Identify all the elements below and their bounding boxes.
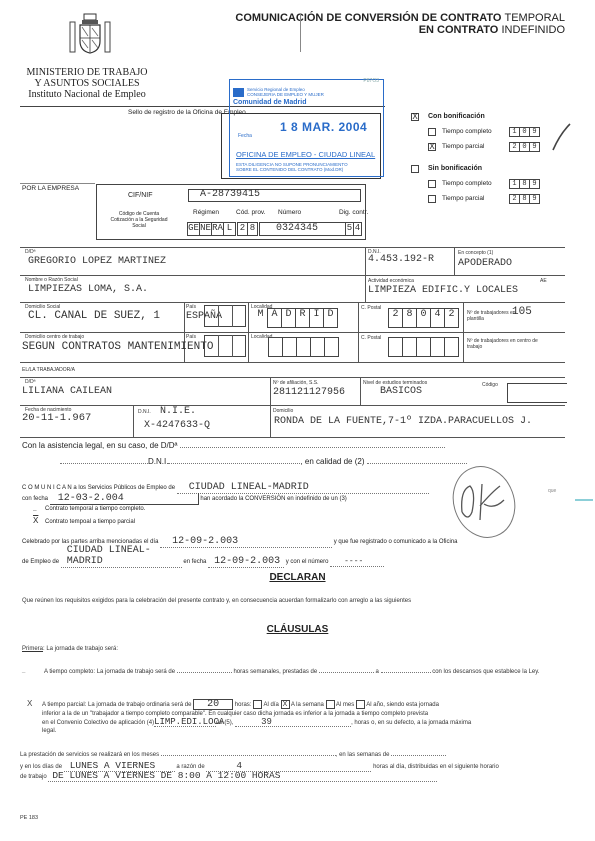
stamp-date: 1 8 MAR. 2004 xyxy=(280,120,367,134)
ministry-line2: Y ASUNTOS SOCIALES xyxy=(22,78,152,89)
ministry-block: MINISTERIO DE TRABAJO Y ASUNTOS SOCIALES… xyxy=(22,67,152,100)
clausulas-heading: CLÁUSULAS xyxy=(0,624,595,635)
coat-of-arms-icon xyxy=(68,12,112,58)
declaran-text: Que reúnen los requisitos exigidos para … xyxy=(22,598,582,604)
declaran-heading: DECLARAN xyxy=(0,572,595,583)
cod-prov-field[interactable]: 28 xyxy=(238,222,258,236)
actividad-field[interactable]: LIMPIEZA EDIFIC.Y LOCALES xyxy=(368,285,518,296)
dig-contr-field[interactable]: 54 xyxy=(346,222,362,236)
horario-field[interactable]: DE LUNES A VIERNES DE 8:00 A 12:00 HORAS xyxy=(48,770,437,782)
horas-parciales-field[interactable]: 20 xyxy=(193,699,233,710)
tiempo-completo-option[interactable]: _ xyxy=(33,505,45,512)
fecha-comunicacion-field[interactable]: 12-03-2.004 xyxy=(50,493,199,505)
afiliacion-field[interactable]: 281121127956 xyxy=(273,387,345,398)
domicilio-centro-field[interactable]: SEGUN CONTRATOS MANTENIMIENTO xyxy=(22,341,213,353)
ministry-line1: MINISTERIO DE TRABAJO xyxy=(22,67,152,78)
trabajador-domicilio-field[interactable]: RONDA DE LA FUENTE,7-1º IZDA.PARACUELLOS… xyxy=(274,416,532,427)
centro-codigo-postal-field[interactable] xyxy=(389,337,459,357)
registry-stamp: P87O3 Servicio Regional de Empleo CONSEJ… xyxy=(229,79,384,177)
estudios-field[interactable]: BASICOS xyxy=(380,386,422,397)
con-tiempo-parcial-checkbox[interactable]: X xyxy=(428,143,436,151)
nie-field[interactable]: X-4247633-Q xyxy=(144,420,210,431)
regimen-field[interactable]: GENERAL xyxy=(188,222,236,236)
domicilio-social-field[interactable]: CL. CANAL DE SUEZ, 1 xyxy=(28,310,160,322)
form-code: PE 183 xyxy=(20,815,38,821)
fecha-nacimiento-field[interactable]: 20-11-1.967 xyxy=(22,412,91,424)
al-ano-checkbox[interactable] xyxy=(356,700,365,709)
sin-tiempo-parcial-checkbox[interactable] xyxy=(428,195,436,203)
empresa-section-label: POR LA EMPRESA xyxy=(22,185,79,192)
fecha-registro-field[interactable]: 12-09-2.003 xyxy=(208,556,284,568)
numero-field[interactable]: 0324345 xyxy=(276,223,318,234)
convenio-horas-field[interactable]: 39 xyxy=(235,718,351,727)
check-mark-icon xyxy=(550,122,572,152)
con-bonificacion-checkbox[interactable]: X xyxy=(411,113,419,121)
oficina-empleo-field[interactable]: CIUDAD LINEAL-MADRID xyxy=(61,545,182,568)
numero-registro-field[interactable]: ---- xyxy=(330,557,384,567)
code-209: 209 xyxy=(510,142,540,152)
convenio-field[interactable]: LIMP.EDI.LOCA xyxy=(154,718,216,727)
trabajador-name-field[interactable]: LILIANA CAILEAN xyxy=(22,386,112,397)
a-la-semana-checkbox[interactable]: X xyxy=(281,700,290,709)
code-289: 289 xyxy=(510,194,540,204)
representante-name-field[interactable]: GREGORIO LOPEZ MARTINEZ xyxy=(28,256,166,267)
trabajadores-plantilla-field[interactable]: 105 xyxy=(512,306,532,318)
al-dia-checkbox[interactable] xyxy=(253,700,262,709)
con-tiempo-completo-checkbox[interactable] xyxy=(428,128,436,136)
cif-field[interactable]: A-28739415 xyxy=(200,189,260,200)
codigo-postal-field[interactable]: 28042 xyxy=(389,308,459,328)
centro-localidad-field[interactable] xyxy=(269,337,339,357)
code-189: 189 xyxy=(510,179,540,189)
tiempo-completo-mark[interactable]: _ xyxy=(22,667,25,673)
sin-bonificacion-checkbox[interactable] xyxy=(411,165,419,173)
madrid-logo-icon xyxy=(233,88,244,97)
trabajador-section-label: EL/LA TRABAJADOR/A xyxy=(22,367,75,373)
tiempo-parcial-option[interactable]: X xyxy=(33,516,45,526)
code-109: 109 xyxy=(510,127,540,137)
sin-tiempo-completo-checkbox[interactable] xyxy=(428,180,436,188)
concepto-field[interactable]: APODERADO xyxy=(458,258,512,269)
representante-dni-field[interactable]: 4.453.192-R xyxy=(368,254,434,265)
razon-social-field[interactable]: LIMPIEZAS LOMA, S.A. xyxy=(28,284,148,295)
localidad-field[interactable]: MADRID xyxy=(254,308,338,328)
ministry-line3: Instituto Nacional de Empleo xyxy=(22,89,152,100)
tiempo-parcial-mark[interactable]: X xyxy=(27,699,32,708)
ok-handwritten-mark xyxy=(448,462,518,544)
document-title: COMUNICACIÓN DE CONVERSIÓN DE CONTRATO T… xyxy=(200,12,565,36)
al-mes-checkbox[interactable] xyxy=(326,700,335,709)
